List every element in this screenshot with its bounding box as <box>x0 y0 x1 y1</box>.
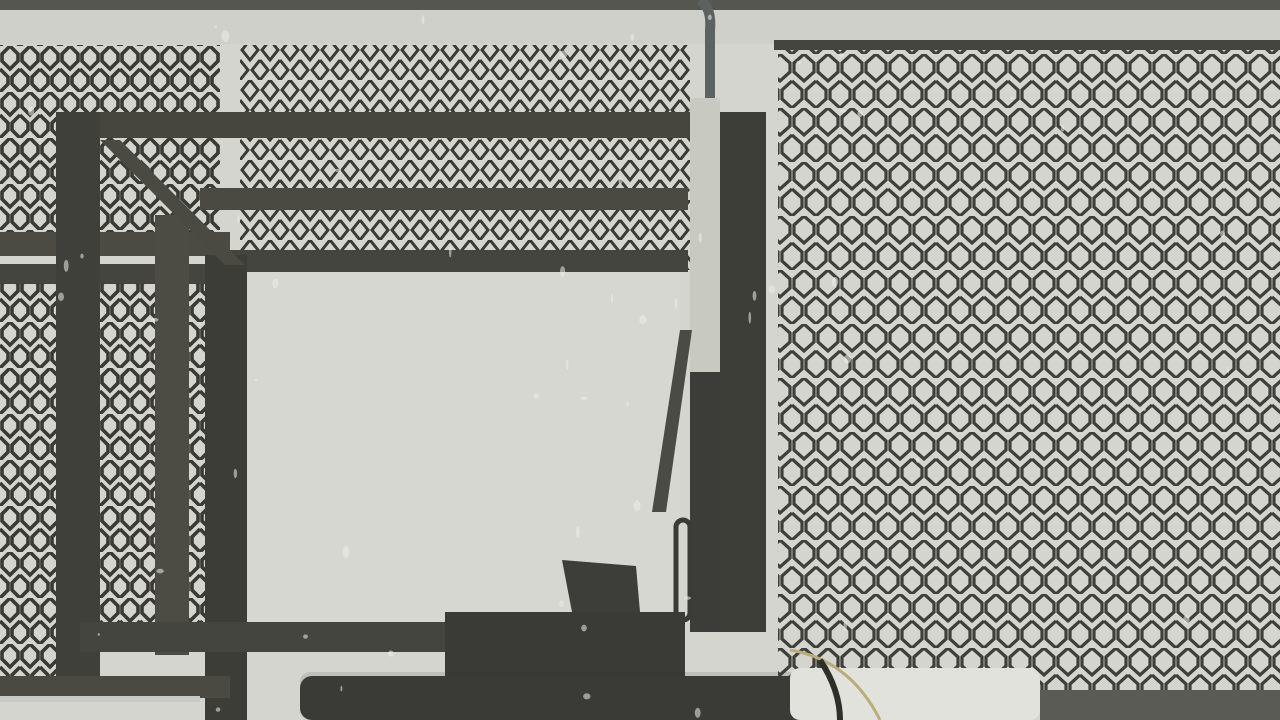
photo-scene <box>0 0 1280 720</box>
photo-canvas <box>0 0 1280 720</box>
